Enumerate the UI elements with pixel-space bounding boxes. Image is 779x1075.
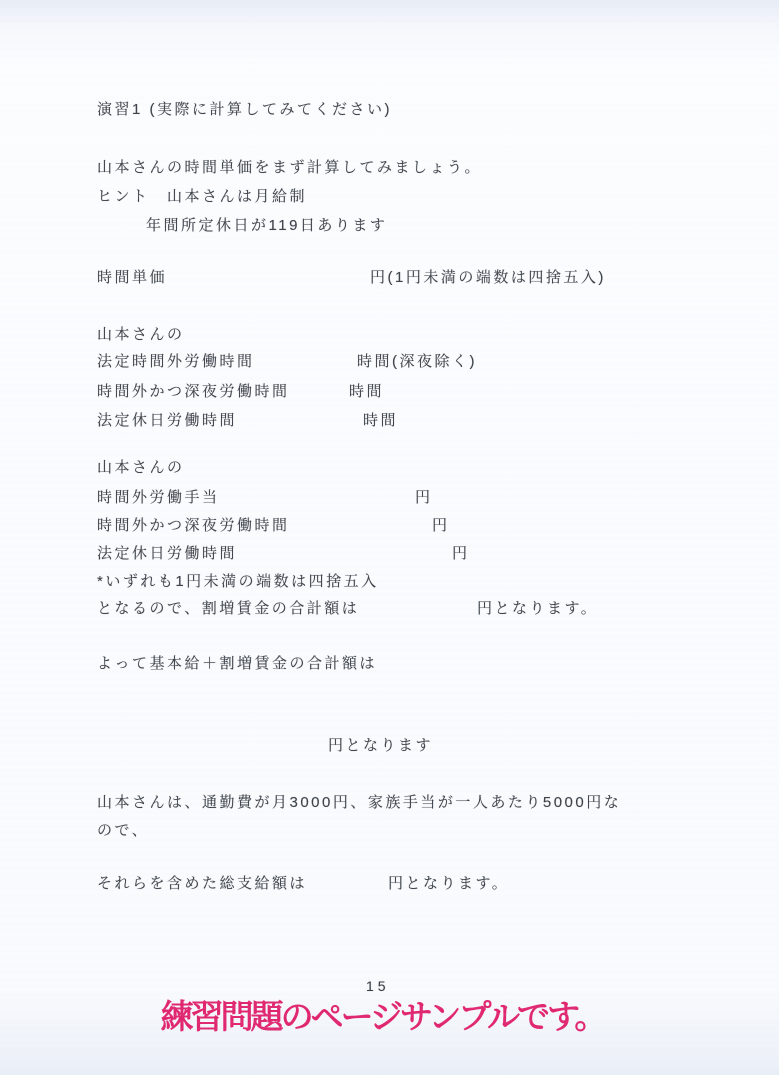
hint-line: ヒント 山本さんは月給制 xyxy=(97,187,307,207)
holiday-pay-label: 法定休日労働時間 xyxy=(97,545,237,562)
page-number: 15 xyxy=(366,978,390,995)
holiday-hours-label: 法定休日労働時間 xyxy=(97,412,237,429)
rounding-note: *いずれも1円未満の端数は四捨五入 xyxy=(97,572,379,592)
holiday-pay-row: 法定休日労働時間 円 xyxy=(97,544,237,564)
base-plus-premium-result: 円となります xyxy=(328,736,433,756)
late-night-pay-suffix: 円 xyxy=(432,516,450,536)
overtime-hours-row: 法定時間外労働時間 時間(深夜除く) xyxy=(97,352,255,372)
holiday-hours-suffix: 時間 xyxy=(363,411,398,431)
overtime-pay-row: 時間外労働手当 円 xyxy=(97,488,220,508)
overtime-hours-suffix: 時間(深夜除く) xyxy=(357,352,477,372)
overtime-pay-label: 時間外労働手当 xyxy=(97,489,220,506)
premium-total-label: となるので、割増賃金の合計額は xyxy=(97,600,359,617)
allowance-paragraph-line1: 山本さんは、通勤費が月3000円、家族手当が一人あたり5000円な xyxy=(97,793,621,813)
intro-sentence: 山本さんの時間単価をまず計算してみましょう。 xyxy=(97,158,482,178)
possessive-header-1: 山本さんの xyxy=(97,325,185,345)
overtime-pay-suffix: 円 xyxy=(415,488,433,508)
gross-total-row: それらを含めた総支給額は 円となります。 xyxy=(97,874,307,894)
possessive-header-2: 山本さんの xyxy=(97,458,185,478)
premium-total-suffix: 円となります。 xyxy=(477,599,598,619)
hourly-rate-suffix: 円(1円未満の端数は四捨五入) xyxy=(370,268,606,288)
overtime-hours-label: 法定時間外労働時間 xyxy=(97,353,255,370)
allowance-paragraph-line2: ので、 xyxy=(97,821,149,841)
hourly-rate-label: 時間単価 xyxy=(97,269,167,286)
gross-total-suffix: 円となります。 xyxy=(388,874,509,894)
exercise-title: 演習1 (実際に計算してみてください) xyxy=(97,100,392,120)
base-plus-premium-line: よって基本給＋割増賃金の合計額は xyxy=(97,654,377,674)
holiday-hours-row: 法定休日労働時間 時間 xyxy=(97,411,237,431)
hourly-rate-row: 時間単価 円(1円未満の端数は四捨五入) xyxy=(97,268,167,288)
late-night-pay-label: 時間外かつ深夜労働時間 xyxy=(97,517,290,534)
late-night-hours-suffix: 時間 xyxy=(349,382,384,402)
late-night-hours-label: 時間外かつ深夜労働時間 xyxy=(97,383,290,400)
late-night-hours-row: 時間外かつ深夜労働時間 時間 xyxy=(97,382,290,402)
sample-page-caption: 練習問題のページサンプルです。 xyxy=(0,996,772,1038)
scanned-document-page: 演習1 (実際に計算してみてください) 山本さんの時間単価をまず計算してみましょ… xyxy=(0,0,779,1075)
holiday-pay-suffix: 円 xyxy=(452,544,470,564)
hint-detail-line: 年間所定休日が119日あります xyxy=(146,216,387,236)
gross-total-label: それらを含めた総支給額は xyxy=(97,875,307,892)
late-night-pay-row: 時間外かつ深夜労働時間 円 xyxy=(97,516,290,536)
premium-total-row: となるので、割増賃金の合計額は 円となります。 xyxy=(97,599,359,619)
